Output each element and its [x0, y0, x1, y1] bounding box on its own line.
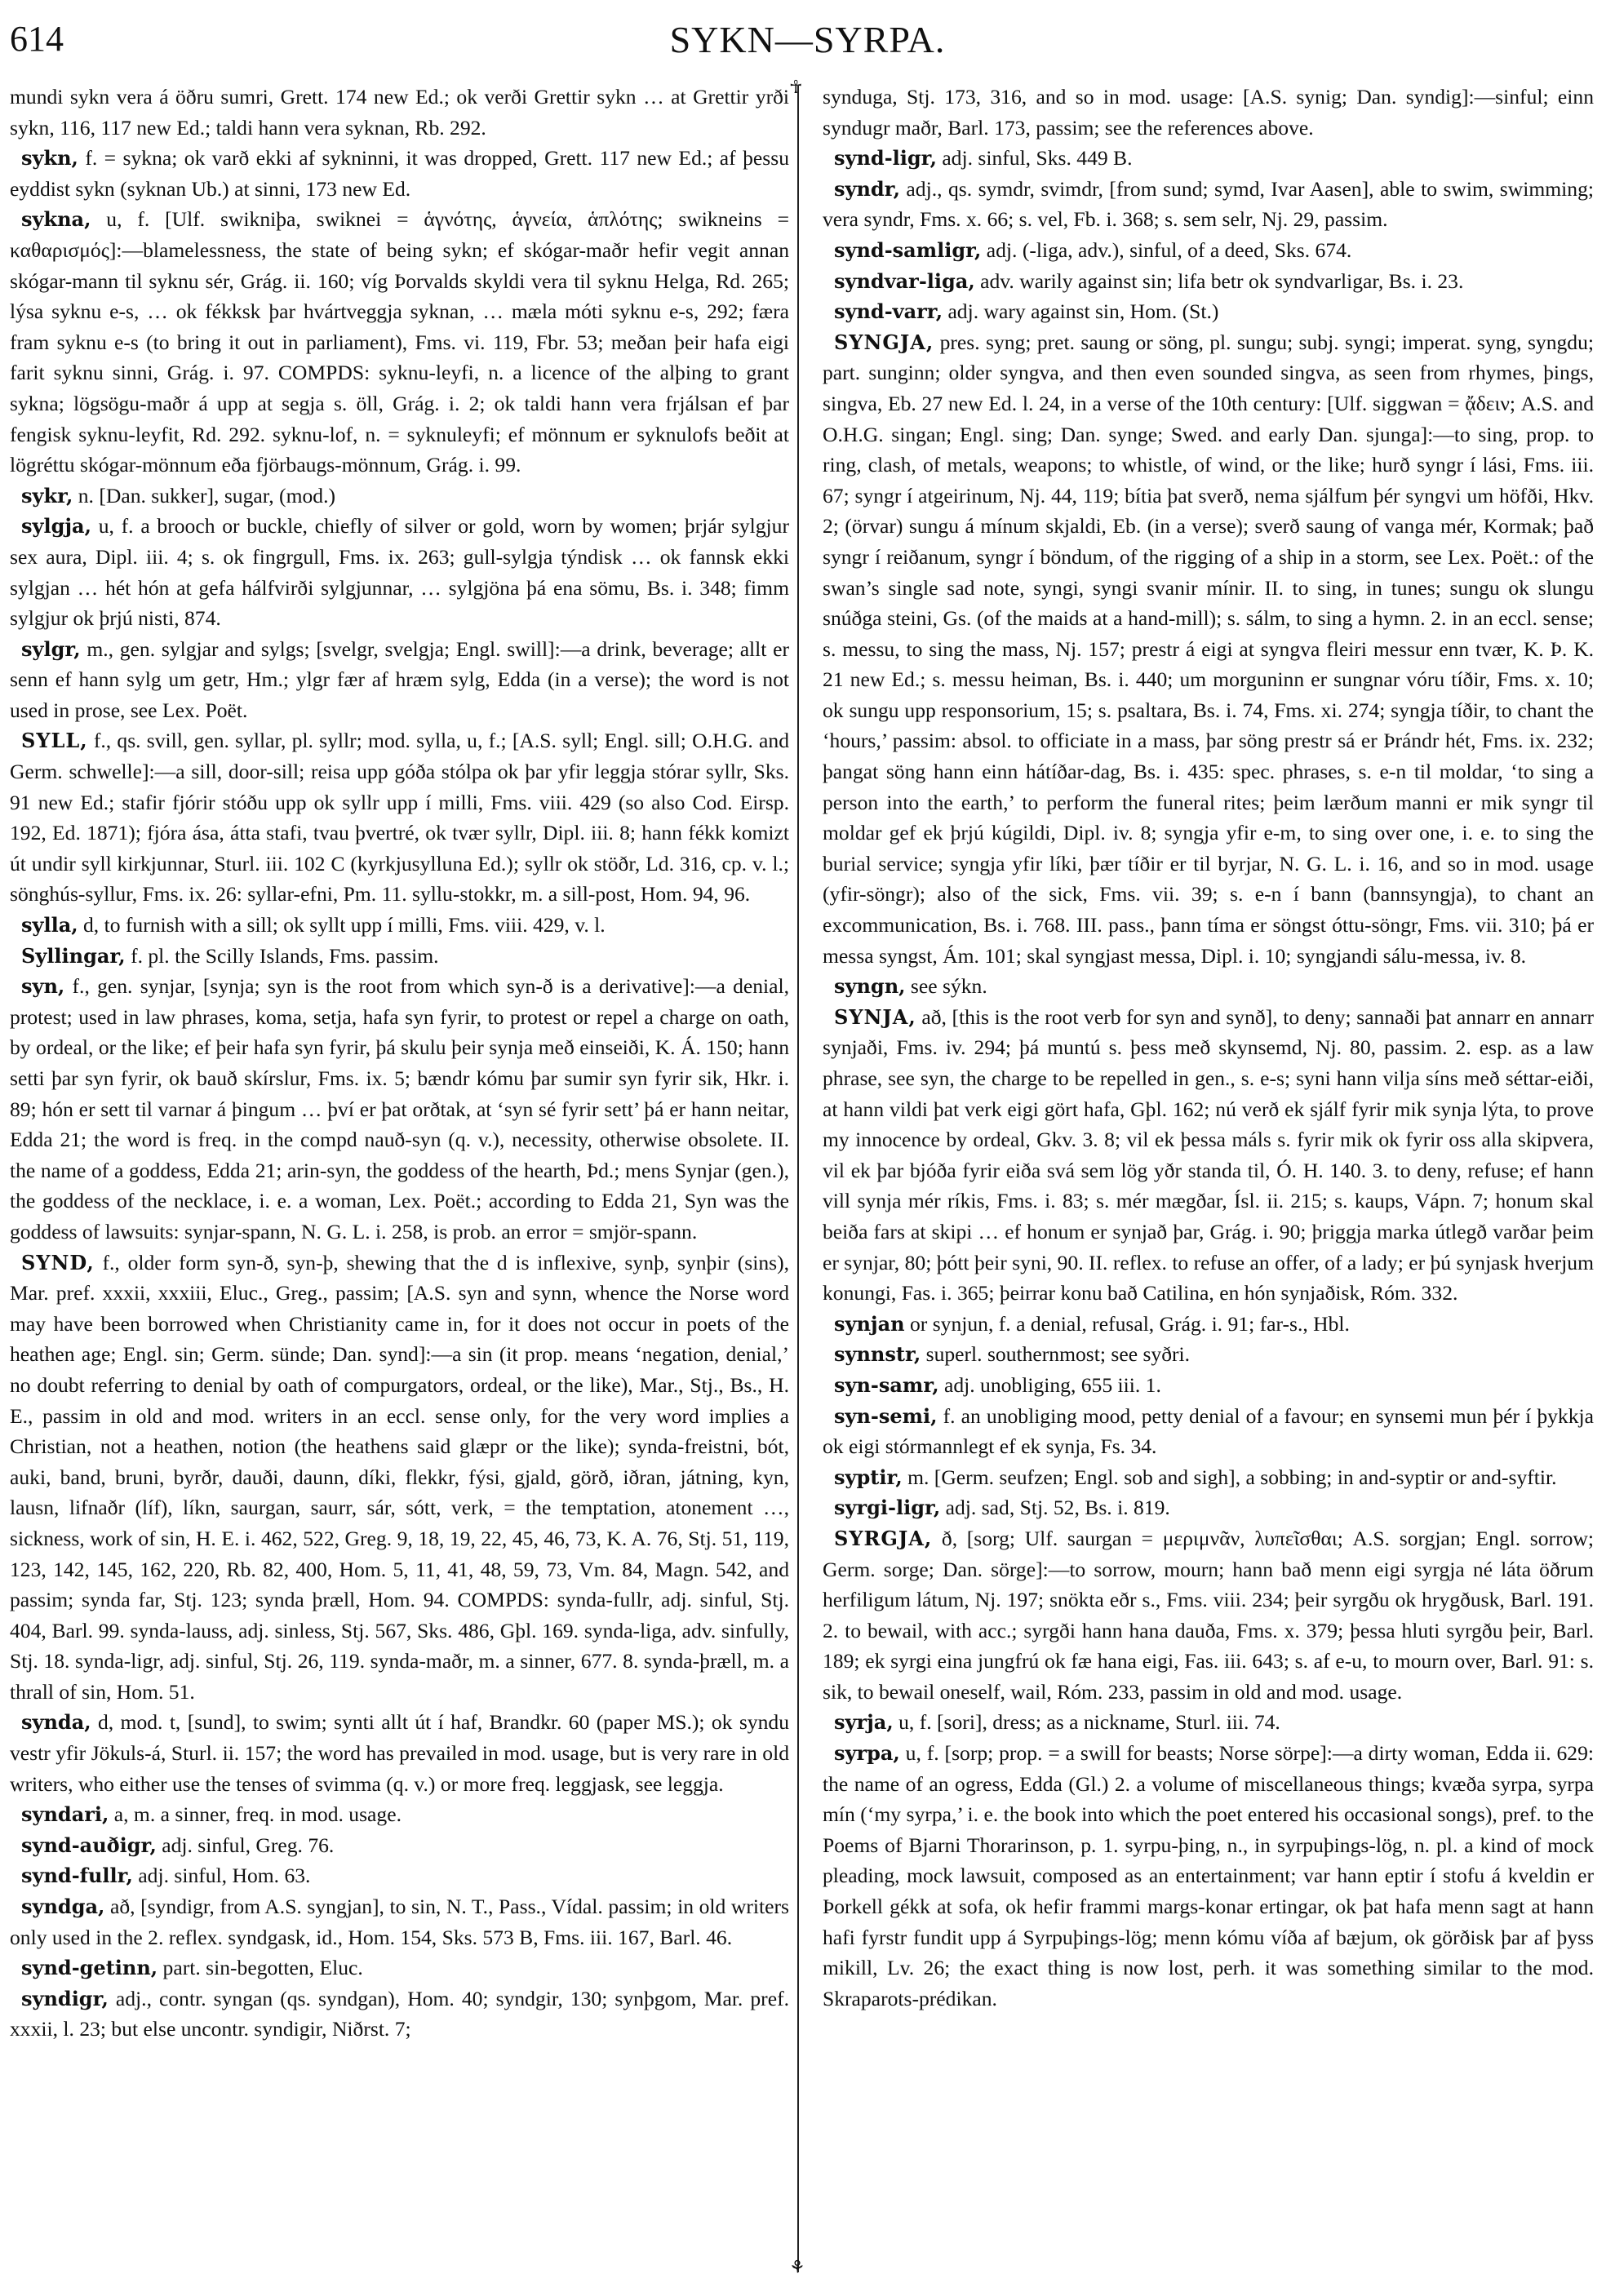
definition-text: u, f. [sorp; prop. = a swill for beasts;…: [823, 1741, 1594, 2010]
definition-text: f. = sykna; ok varð ekki af sykninni, it…: [10, 146, 789, 201]
dictionary-entry: SYNJA, að, [this is the root verb for sy…: [823, 1002, 1594, 1309]
dictionary-entry: syndr, adj., qs. symdr, svimdr, [from su…: [823, 174, 1594, 235]
dictionary-entry: synd-fullr, adj. sinful, Hom. 63.: [10, 1860, 789, 1891]
left-column: mundi sykn vera á öðru sumri, Grett. 174…: [10, 82, 789, 2045]
definition-text: adj. unobliging, 655 iii. 1.: [939, 1373, 1161, 1397]
headword: synd-auðigr,: [21, 1833, 157, 1857]
definition-text: adj., qs. symdr, svimdr, [from sund; sym…: [823, 177, 1594, 232]
definition-text: part. sin-begotten, Eluc.: [158, 1956, 363, 1979]
headword: sykr,: [21, 484, 73, 508]
dictionary-entry: syn-semi, f. an unobliging mood, petty d…: [823, 1401, 1594, 1462]
definition-text: synduga, Stj. 173, 316, and so in mod. u…: [823, 85, 1594, 140]
headword: syndga,: [21, 1895, 104, 1918]
headword: synda,: [21, 1710, 91, 1734]
headword: sykn,: [21, 146, 78, 170]
headword: synd-getinn,: [21, 1956, 158, 1979]
headword: syrgi-ligr,: [834, 1496, 940, 1519]
ornament-top-icon: ☥: [789, 78, 802, 96]
definition-text: adj. sinful, Hom. 63.: [133, 1864, 311, 1887]
definition-text: mundi sykn vera á öðru sumri, Grett. 174…: [10, 85, 789, 140]
headword: Syllingar,: [21, 944, 126, 968]
headword: syptir,: [834, 1465, 903, 1489]
headword: SYLL,: [21, 729, 88, 752]
headword: synd-varr,: [834, 299, 943, 323]
definition-text: u, f. a brooch or buckle, chiefly of sil…: [10, 514, 789, 630]
dictionary-entry: syn, f., gen. synjar, [synja; syn is the…: [10, 971, 789, 1247]
dictionary-entry: synnstr, superl. southernmost; see syðri…: [823, 1339, 1594, 1370]
dictionary-entry: synduga, Stj. 173, 316, and so in mod. u…: [823, 82, 1594, 143]
definition-text: adj. wary against sin, Hom. (St.): [943, 299, 1218, 323]
definition-text: u, f. [sori], dress; as a nickname, Stur…: [894, 1710, 1280, 1734]
definition-text: f. an unobliging mood, petty denial of a…: [823, 1404, 1594, 1459]
dictionary-entry: synda, d, mod. t, [sund], to swim; synti…: [10, 1707, 789, 1799]
dictionary-entry: sykn, f. = sykna; ok varð ekki af syknin…: [10, 143, 789, 204]
dictionary-entry: Syllingar, f. pl. the Scilly Islands, Fm…: [10, 941, 789, 972]
dictionary-entry: SYRGJA, ð, [sorg; Ulf. saurgan = μεριμνᾶ…: [823, 1523, 1594, 1708]
definition-text: að, [syndigr, from A.S. syngjan], to sin…: [10, 1895, 789, 1949]
definition-text: d, to furnish with a sill; ok syllt upp …: [78, 913, 606, 937]
headword: syngn,: [834, 974, 906, 998]
definition-text: m., gen. sylgjar and sylgs; [svelgr, sve…: [10, 637, 789, 722]
dictionary-entry: syrgi-ligr, adj. sad, Stj. 52, Bs. i. 81…: [823, 1492, 1594, 1523]
definition-text: ð, [sorg; Ulf. saurgan = μεριμνᾶν, λυπεῖ…: [823, 1527, 1594, 1704]
dictionary-entry: SYND, f., older form syn-ð, syn-þ, shewi…: [10, 1248, 789, 1708]
page-header: 614 SYKN—SYRPA.: [0, 0, 1615, 73]
headword: synjan: [834, 1312, 905, 1336]
headword: syn-samr,: [834, 1373, 939, 1397]
headword: synnstr,: [834, 1342, 921, 1366]
dictionary-entry: syrpa, u, f. [sorp; prop. = a swill for …: [823, 1738, 1594, 2014]
running-head: SYKN—SYRPA.: [0, 18, 1615, 61]
dictionary-entry: syptir, m. [Germ. seufzen; Engl. sob and…: [823, 1462, 1594, 1493]
dictionary-entry: sylgr, m., gen. sylgjar and sylgs; [svel…: [10, 634, 789, 726]
definition-text: adj. (-liga, adv.), sinful, of a deed, S…: [981, 238, 1351, 262]
dictionary-entry: sylla, d, to furnish with a sill; ok syl…: [10, 910, 789, 941]
dictionary-entry: synd-varr, adj. wary against sin, Hom. (…: [823, 296, 1594, 327]
dictionary-entry: mundi sykn vera á öðru sumri, Grett. 174…: [10, 82, 789, 143]
headword: syn-semi,: [834, 1404, 938, 1428]
dictionary-entry: synd-getinn, part. sin-begotten, Eluc.: [10, 1952, 789, 1984]
dictionary-entry: syndari, a, m. a sinner, freq. in mod. u…: [10, 1799, 789, 1830]
dictionary-entry: syndvar-liga, adv. warily against sin; l…: [823, 266, 1594, 297]
headword: synd-ligr,: [834, 146, 937, 170]
headword: synd-fullr,: [21, 1864, 133, 1887]
dictionary-entry: sykna, u, f. [Ulf. swikniþa, swiknei = ἁ…: [10, 204, 789, 480]
definition-text: m. [Germ. seufzen; Engl. sob and sigh], …: [903, 1465, 1557, 1489]
definition-text: d, mod. t, [sund], to swim; synti allt ú…: [10, 1710, 789, 1795]
headword: SYRGJA,: [834, 1527, 932, 1550]
dictionary-entry: syndga, að, [syndigr, from A.S. syngjan]…: [10, 1891, 789, 1952]
dictionary-entry: sykr, n. [Dan. sukker], sugar, (mod.): [10, 481, 789, 512]
dictionary-entry: synjan or synjun, f. a denial, refusal, …: [823, 1309, 1594, 1340]
headword: SYND,: [21, 1251, 95, 1274]
dictionary-entry: SYLL, f., qs. svill, gen. syllar, pl. sy…: [10, 725, 789, 910]
dictionary-entry: synd-ligr, adj. sinful, Sks. 449 B.: [823, 143, 1594, 174]
headword: syndr,: [834, 177, 900, 201]
headword: sykna,: [21, 207, 91, 231]
definition-text: adv. warily against sin; lifa betr ok sy…: [975, 269, 1464, 293]
definition-text: u, f. [Ulf. swikniþa, swiknei = ἁγνότης,…: [10, 207, 789, 476]
headword: sylgr,: [21, 637, 81, 661]
definition-text: adj., contr. syngan (qs. syndgan), Hom. …: [10, 1987, 789, 2041]
headword: SYNJA,: [834, 1005, 916, 1029]
headword: syn,: [21, 974, 64, 998]
definition-text: a, m. a sinner, freq. in mod. usage.: [109, 1802, 402, 1826]
dictionary-entry: syngn, see sýkn.: [823, 971, 1594, 1002]
headword: syndari,: [21, 1802, 109, 1826]
definition-text: f., qs. svill, gen. syllar, pl. syllr; m…: [10, 729, 789, 906]
dictionary-entry: syn-samr, adj. unobliging, 655 iii. 1.: [823, 1370, 1594, 1401]
headword: syndigr,: [21, 1987, 109, 2010]
headword: sylgja,: [21, 514, 91, 538]
ornament-bottom-icon: ⚘: [789, 2258, 805, 2276]
headword: sylla,: [21, 913, 78, 937]
dictionary-entry: synd-auðigr, adj. sinful, Greg. 76.: [10, 1830, 789, 1861]
column-divider: [797, 86, 799, 2272]
definition-text: adj. sinful, Greg. 76.: [157, 1833, 335, 1857]
definition-text: or synjun, f. a denial, refusal, Grág. i…: [905, 1312, 1350, 1336]
definition-text: adj. sad, Stj. 52, Bs. i. 819.: [940, 1496, 1170, 1519]
headword: synd-samligr,: [834, 238, 981, 262]
definition-text: adj. sinful, Sks. 449 B.: [937, 146, 1133, 170]
headword: syndvar-liga,: [834, 269, 975, 293]
definition-text: f. pl. the Scilly Islands, Fms. passim.: [126, 944, 439, 968]
dictionary-entry: synd-samligr, adj. (-liga, adv.), sinful…: [823, 235, 1594, 266]
definition-text: n. [Dan. sukker], sugar, (mod.): [73, 484, 335, 508]
headword: syrpa,: [834, 1741, 900, 1765]
definition-text: superl. southernmost; see syðri.: [921, 1342, 1190, 1366]
definition-text: pres. syng; pret. saung or söng, pl. sun…: [823, 330, 1594, 968]
dictionary-entry: syrja, u, f. [sori], dress; as a nicknam…: [823, 1707, 1594, 1738]
dictionary-entry: syndigr, adj., contr. syngan (qs. syndga…: [10, 1984, 789, 2045]
headword: SYNGJA,: [834, 330, 934, 354]
definition-text: see sýkn.: [906, 974, 987, 998]
headword: syrja,: [834, 1710, 894, 1734]
definition-text: að, [this is the root verb for syn and s…: [823, 1005, 1594, 1305]
definition-text: f., gen. synjar, [synja; syn is the root…: [10, 974, 789, 1243]
dictionary-entry: sylgja, u, f. a brooch or buckle, chiefl…: [10, 511, 789, 633]
right-column: synduga, Stj. 173, 316, and so in mod. u…: [823, 82, 1594, 2014]
definition-text: f., older form syn-ð, syn-þ, shewing tha…: [10, 1251, 789, 1704]
dictionary-entry: SYNGJA, pres. syng; pret. saung or söng,…: [823, 327, 1594, 971]
